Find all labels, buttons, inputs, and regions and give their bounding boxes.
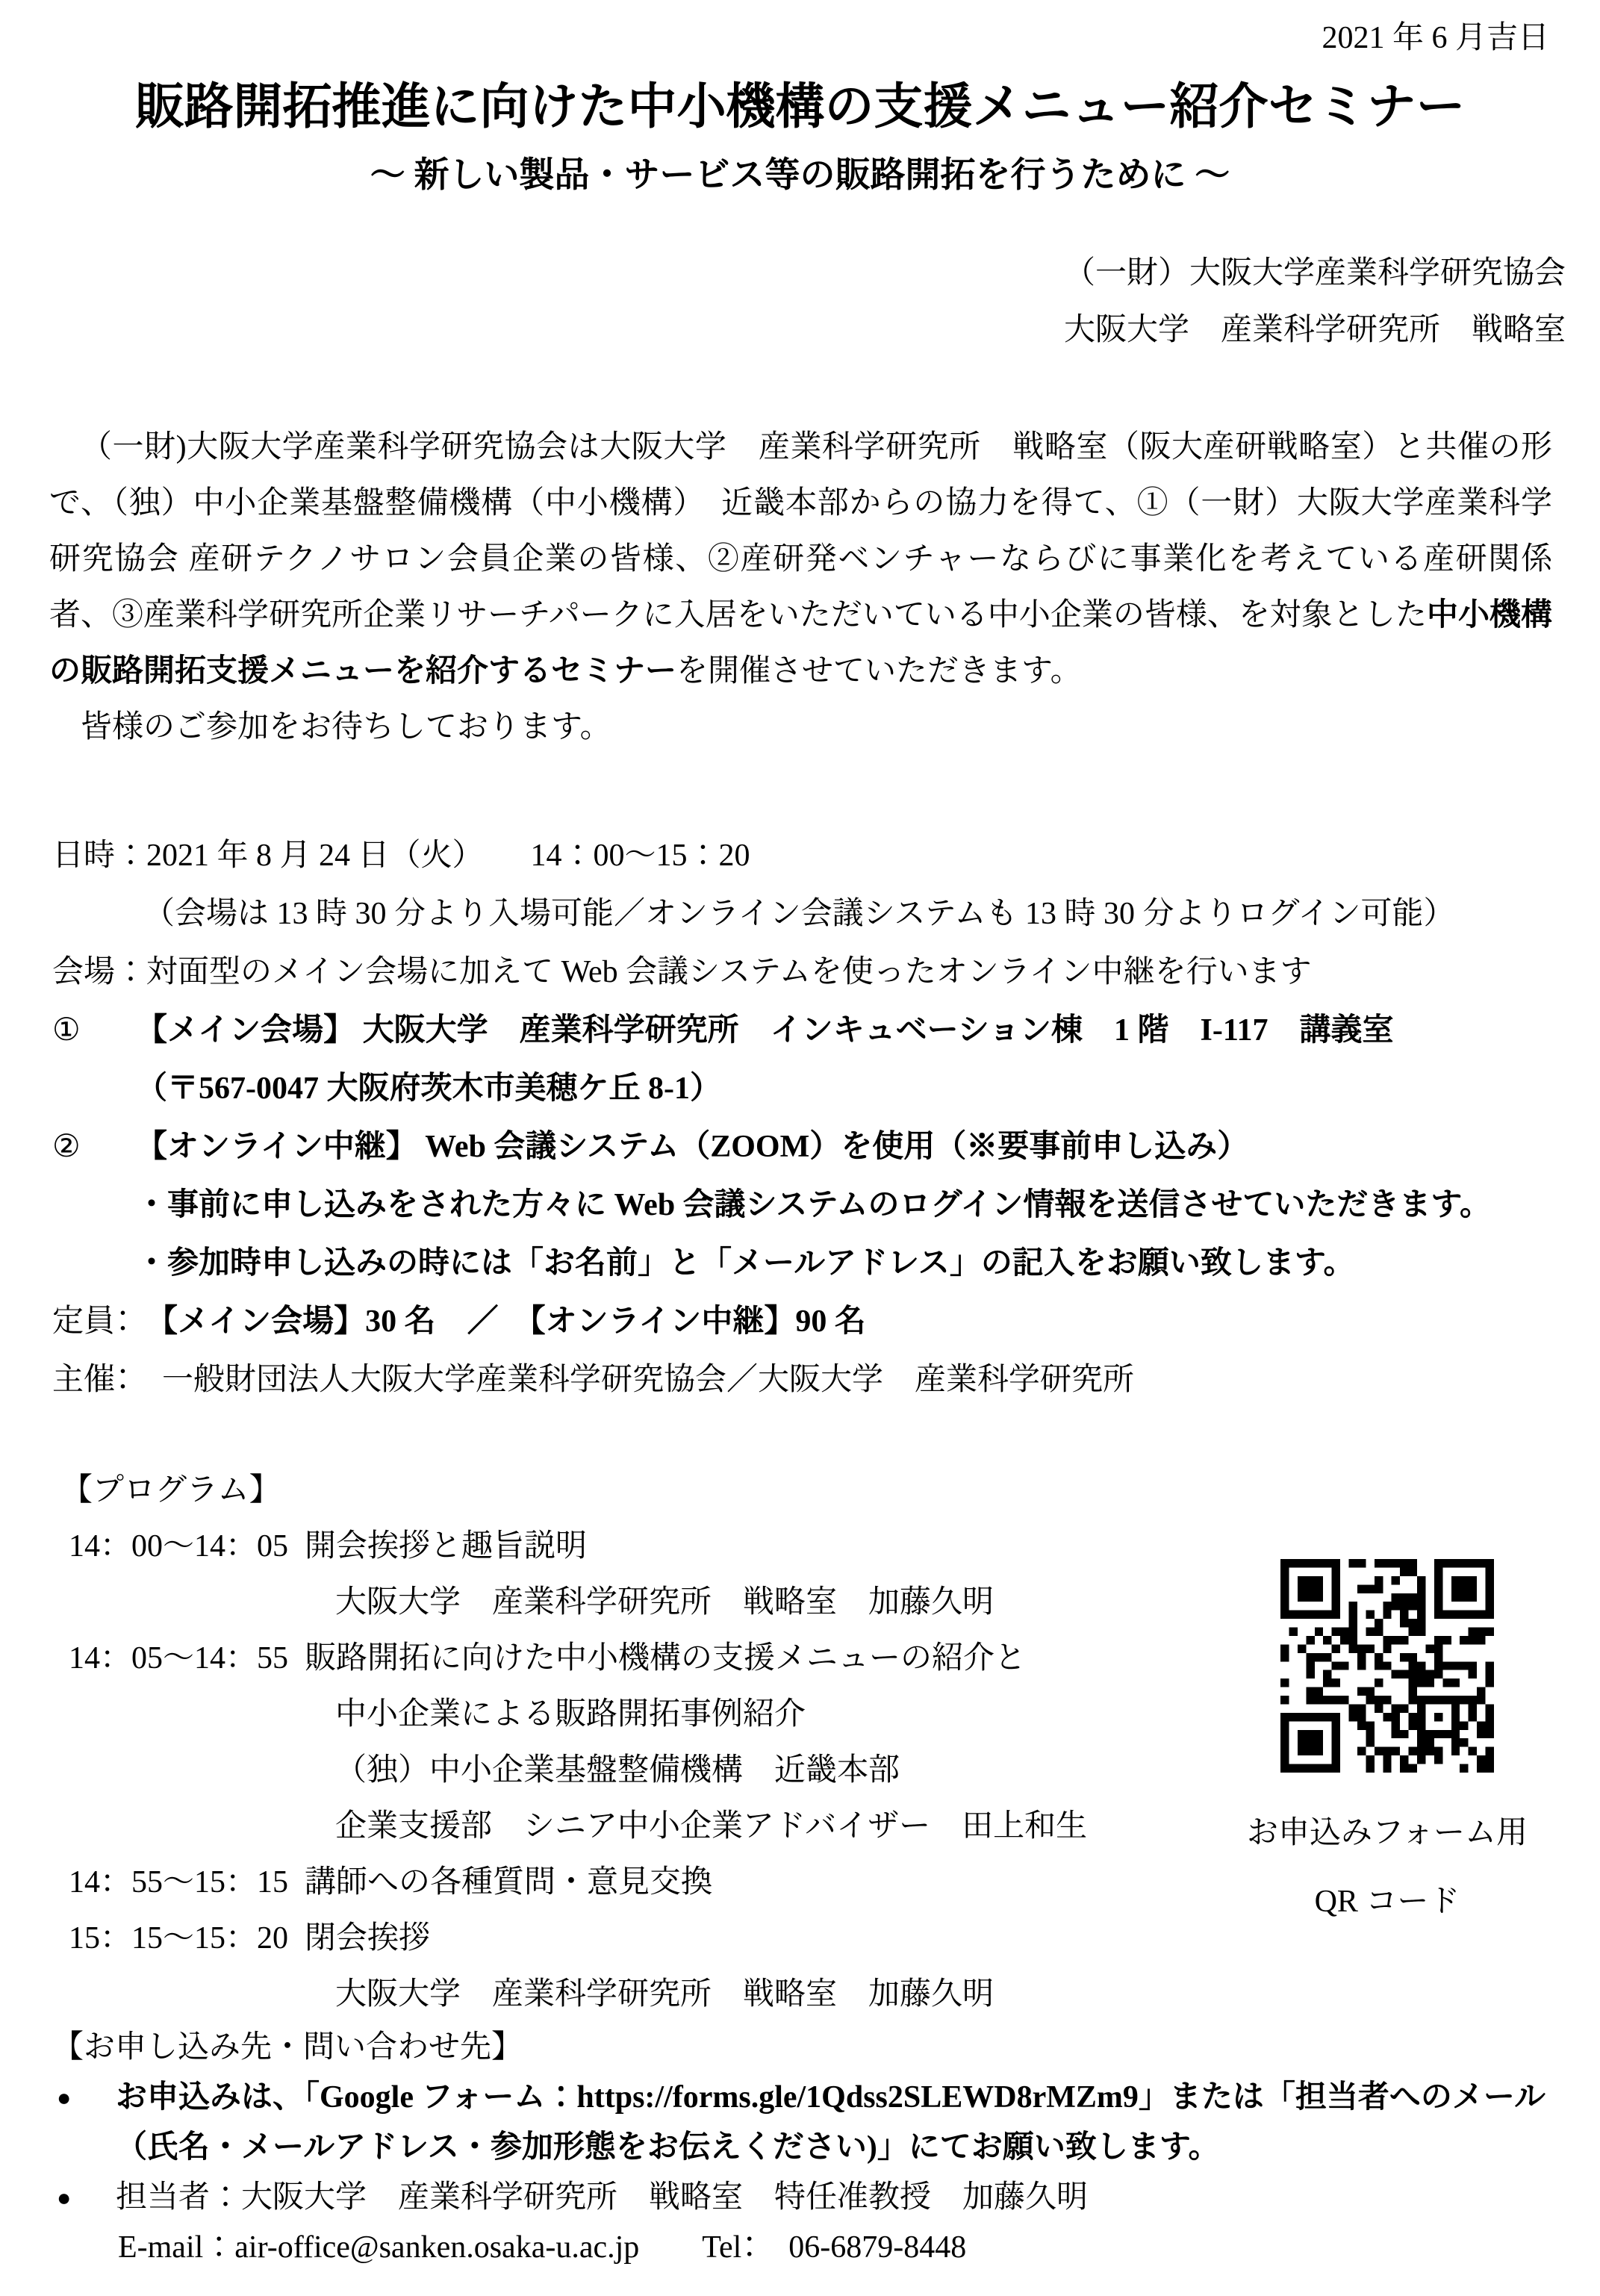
detail-line: （会場は 13 時 30 分より入場可能／オンライン会議システムも 13 時 3… — [52, 885, 1555, 943]
program-description: 閉会挨拶大阪大学 産業科学研究所 戦略室 加藤久明 — [305, 1911, 1555, 2023]
detail-line: ・事前に申し込みをされた方々に Web 会議システムのログイン情報を送信させてい… — [52, 1176, 1555, 1234]
page-title: 販路開拓推進に向けた中小機構の支援メニュー紹介セミナー — [15, 78, 1585, 137]
text-run: 定員： — [52, 1304, 162, 1339]
bold-text-run: 【メイン会場】30 名 ／ 【オンライン中継】90 名 — [162, 1304, 866, 1339]
bold-text-run: お申込みは、「Google フォーム：https://forms.gle/1Qd… — [116, 2080, 1545, 2165]
program-time: 14：00～14：05 — [69, 1519, 305, 1631]
organizer-line: （一財）大阪大学産業科学研究協会 — [0, 245, 1566, 302]
circled-number-marker: ② — [52, 1118, 136, 1176]
contact-bullet-item: ●お申込みは、「Google フォーム：https://forms.gle/1Q… — [57, 2073, 1555, 2173]
detail-line: 定員： 【メイン会場】30 名 ／ 【オンライン中継】90 名 — [52, 1292, 1555, 1351]
text-run: （会場は 13 時 30 分より入場可能／オンライン会議システムも 13 時 3… — [143, 897, 1454, 931]
contact-heading: 【お申し込み先・問い合わせ先】 — [52, 2023, 1600, 2073]
text-run: 日時：2021 年 8 月 24 日（火） 14：00～15：20 — [52, 839, 750, 873]
contact-bullet-text: 担当者：大阪大学 産業科学研究所 戦略室 特任准教授 加藤久明 — [116, 2173, 1555, 2223]
issue-date: 2021 年 6 月吉日 — [0, 0, 1600, 57]
detail-line: ・参加時申し込みの時には「お名前」と「メールアドレス」の記入をお願い致します。 — [52, 1234, 1555, 1292]
detail-line: （〒567-0047 大阪府茨木市美穂ケ丘 8-1） — [52, 1060, 1555, 1118]
text-run: （一財)大阪大学産業科学研究協会は大阪大学 産業科学研究所 戦略室（阪大産研戦略… — [49, 430, 1552, 632]
bold-text-run: 【オンライン中継】 Web 会議システム（ZOOM）を使用（※要事前申し込み） — [136, 1130, 1248, 1164]
document-page: 2021 年 6 月吉日 販路開拓推進に向けた中小機構の支援メニュー紹介セミナー… — [0, 0, 1600, 2296]
qr-caption-line1: お申込みフォーム用 — [1215, 1814, 1559, 1852]
text-run: 主催： 一般財団法人大阪大学産業科学研究協会／大阪大学 産業科学研究所 — [52, 1363, 1134, 1397]
detail-line: 日時：2021 年 8 月 24 日（火） 14：00～15：20 — [52, 827, 1555, 885]
intro-closing-line: 皆様のご参加をお待ちしております。 — [49, 700, 1552, 756]
email-tel-line: E-mail：air-office@sanken.osaka-u.ac.jp T… — [118, 2223, 1600, 2273]
contact-list: ●お申込みは、「Google フォーム：https://forms.gle/1Q… — [57, 2073, 1555, 2223]
program-heading: 【プログラム】 — [61, 1463, 1600, 1519]
qr-block: お申込みフォーム用 QR コード — [1215, 1559, 1559, 1920]
detail-line-content: 【メイン会場】 大阪大学 産業科学研究所 インキュベーション棟 1 階 I-11… — [136, 1001, 1555, 1060]
organizer-line: 大阪大学 産業科学研究所 戦略室 — [0, 302, 1566, 358]
page-subtitle: ～ 新しい製品・サービス等の販路開拓を行うために ～ — [0, 154, 1600, 197]
program-row: 15：15～15：20閉会挨拶大阪大学 産業科学研究所 戦略室 加藤久明 — [69, 1911, 1555, 2023]
contact-bullet-item: ●担当者：大阪大学 産業科学研究所 戦略室 特任准教授 加藤久明 — [57, 2173, 1555, 2223]
bullet-icon: ● — [57, 2173, 116, 2223]
bullet-icon: ● — [57, 2073, 116, 2173]
event-details: 日時：2021 年 8 月 24 日（火） 14：00～15：20（会場は 13… — [52, 827, 1555, 1409]
qr-code — [1280, 1559, 1494, 1773]
qr-caption-line2: QR コード — [1215, 1883, 1559, 1920]
text-run: を開催させていただきます。 — [676, 654, 1082, 688]
detail-marker-line: ①【メイン会場】 大阪大学 産業科学研究所 インキュベーション棟 1 階 I-1… — [52, 1001, 1555, 1060]
text-run: 担当者：大阪大学 産業科学研究所 戦略室 特任准教授 加藤久明 — [116, 2180, 1088, 2215]
organizer-lines: （一財）大阪大学産業科学研究協会大阪大学 産業科学研究所 戦略室 — [0, 245, 1600, 358]
bold-text-run: （〒567-0047 大阪府茨木市美穂ケ丘 8-1） — [136, 1071, 721, 1106]
program-time: 14：05～14：55 — [69, 1631, 305, 1855]
detail-marker-line: ②【オンライン中継】 Web 会議システム（ZOOM）を使用（※要事前申し込み） — [52, 1118, 1555, 1176]
program-time: 14：55～15：15 — [69, 1855, 305, 1911]
contact-bullet-text: お申込みは、「Google フォーム：https://forms.gle/1Qd… — [116, 2073, 1555, 2173]
program-time: 15：15～15：20 — [69, 1911, 305, 2023]
bold-text-run: ・事前に申し込みをされた方々に Web 会議システムのログイン情報を送信させてい… — [136, 1188, 1491, 1222]
detail-line: 主催： 一般財団法人大阪大学産業科学研究協会／大阪大学 産業科学研究所 — [52, 1351, 1555, 1409]
text-run: 会場：対面型のメイン会場に加えて Web 会議システムを使ったオンライン中継を行… — [52, 955, 1312, 989]
bold-text-run: ・参加時申し込みの時には「お名前」と「メールアドレス」の記入をお願い致します。 — [136, 1246, 1355, 1281]
program-line: 大阪大学 産業科学研究所 戦略室 加藤久明 — [305, 1967, 1555, 2023]
detail-line-content: 【オンライン中継】 Web 会議システム（ZOOM）を使用（※要事前申し込み） — [136, 1118, 1555, 1176]
intro-paragraph: （一財)大阪大学産業科学研究協会は大阪大学 産業科学研究所 戦略室（阪大産研戦略… — [49, 420, 1552, 700]
bold-text-run: 【メイン会場】 大阪大学 産業科学研究所 インキュベーション棟 1 階 I-11… — [136, 1013, 1394, 1048]
circled-number-marker: ① — [52, 1001, 136, 1060]
detail-line: 会場：対面型のメイン会場に加えて Web 会議システムを使ったオンライン中継を行… — [52, 943, 1555, 1001]
